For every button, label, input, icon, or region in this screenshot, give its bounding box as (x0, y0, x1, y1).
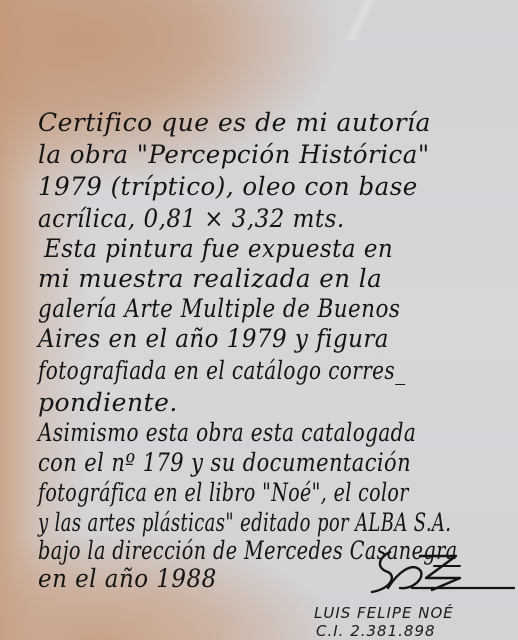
certificate-line: fotográfica en el libro "Noé", el color (38, 478, 409, 507)
certificate-line: en el año 1988 (38, 564, 217, 593)
certificate-line: con el nº 179 y su documentación (38, 448, 411, 477)
certificate-line: Asimismo esta obra esta catalogada (38, 418, 416, 447)
certificate-line: galería Arte Multiple de Buenos (38, 294, 400, 323)
certificate-line: mi muestra realizada en la (38, 264, 382, 293)
certificate-line: y las artes plásticas" editado por ALBA … (38, 508, 451, 537)
certificate-line: Aires en el año 1979 y figura (38, 324, 389, 353)
signer-id-number: C.I. 2.381.898 (316, 622, 436, 640)
signature-icon (368, 548, 518, 596)
certificate-line: Certifico que es de mi autoría (38, 108, 431, 137)
signer-printed-name: LUIS FELIPE NOÉ (314, 604, 454, 622)
paper-fold-edge (330, 0, 390, 40)
certificate-line: Esta pintura fue expuesta en (44, 234, 393, 263)
certificate-line: fotografiada en el catálogo corres_ (38, 356, 405, 385)
certificate-line: pondiente. (38, 388, 178, 417)
certificate-line: 1979 (tríptico), oleo con base (38, 172, 418, 201)
certificate-line: acrílica, 0,81 × 3,32 mts. (38, 204, 345, 233)
certificate-line: la obra "Percepción Histórica" (38, 140, 430, 169)
